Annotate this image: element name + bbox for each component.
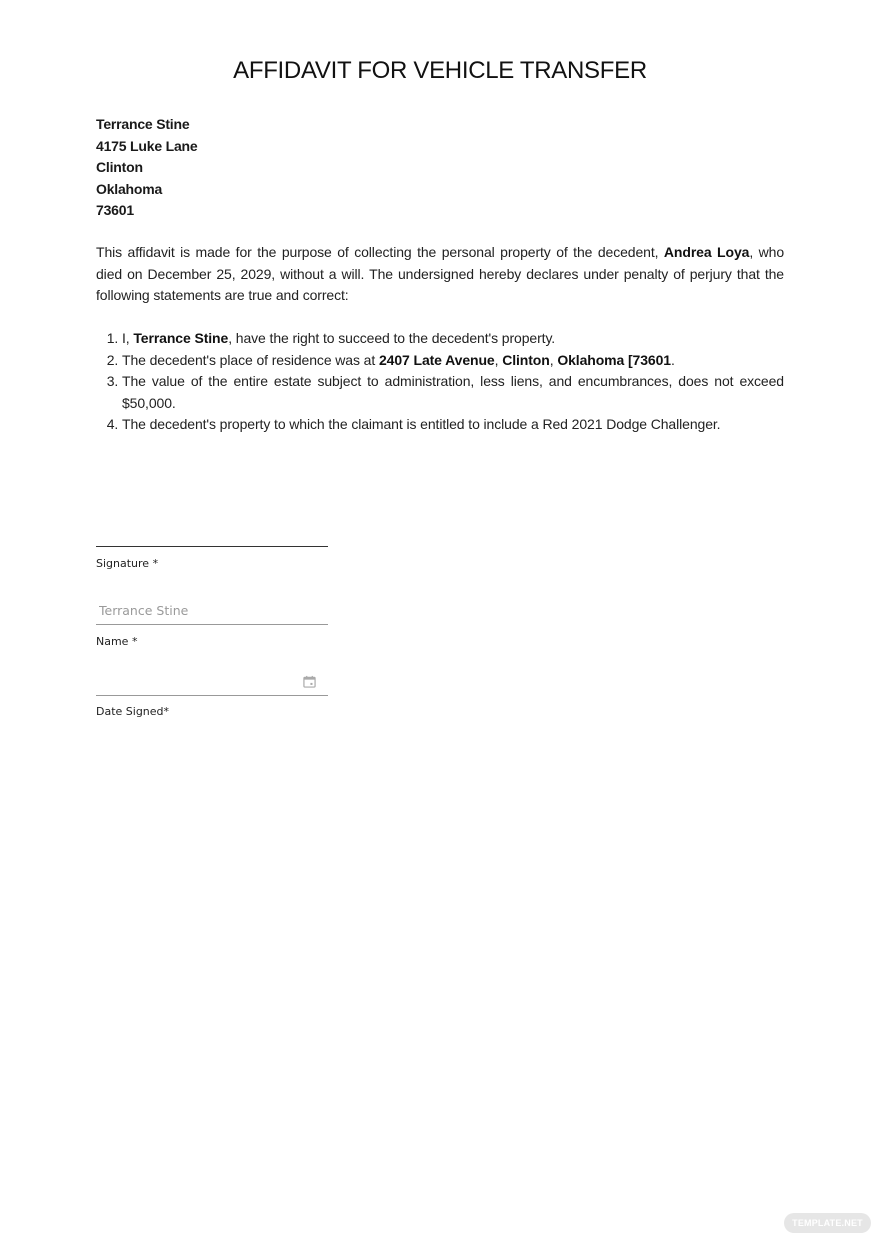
statement-item: The decedent's property to which the cla… bbox=[122, 414, 784, 436]
statement-text: , have the right to succeed to the deced… bbox=[228, 330, 555, 346]
residence-city: Clinton bbox=[502, 352, 550, 368]
address-state: Oklahoma bbox=[96, 179, 197, 201]
date-signed-input[interactable] bbox=[96, 667, 328, 696]
intro-text-start: This affidavit is made for the purpose o… bbox=[96, 244, 664, 260]
name-label: Name * bbox=[96, 635, 137, 648]
address-zip: 73601 bbox=[96, 200, 197, 222]
statement-text: . bbox=[671, 352, 675, 368]
statement-item: I, Terrance Stine, have the right to suc… bbox=[122, 328, 784, 350]
date-signed-label: Date Signed* bbox=[96, 705, 169, 718]
statement-text: The decedent's place of residence was at bbox=[122, 352, 379, 368]
residence-street: 2407 Late Avenue bbox=[379, 352, 495, 368]
name-input[interactable] bbox=[96, 596, 328, 625]
address-name: Terrance Stine bbox=[96, 114, 197, 136]
intro-paragraph: This affidavit is made for the purpose o… bbox=[96, 242, 784, 307]
statement-text: I, bbox=[122, 330, 133, 346]
claimant-name: Terrance Stine bbox=[133, 330, 228, 346]
calendar-icon[interactable] bbox=[303, 675, 316, 688]
residence-state-zip: Oklahoma [73601 bbox=[557, 352, 671, 368]
address-street: 4175 Luke Lane bbox=[96, 136, 197, 158]
decedent-name: Andrea Loya bbox=[664, 244, 749, 260]
document-title: AFFIDAVIT FOR VEHICLE TRANSFER bbox=[96, 57, 784, 85]
claimant-address: Terrance Stine 4175 Luke Lane Clinton Ok… bbox=[96, 114, 197, 222]
address-city: Clinton bbox=[96, 157, 197, 179]
template-net-watermark: TEMPLATE.NET bbox=[784, 1213, 871, 1233]
statement-item: The value of the entire estate subject t… bbox=[122, 371, 784, 414]
statements-list: I, Terrance Stine, have the right to suc… bbox=[96, 328, 784, 436]
signature-label: Signature * bbox=[96, 557, 158, 570]
statement-item: The decedent's place of residence was at… bbox=[122, 350, 784, 372]
signature-field[interactable] bbox=[96, 546, 328, 547]
